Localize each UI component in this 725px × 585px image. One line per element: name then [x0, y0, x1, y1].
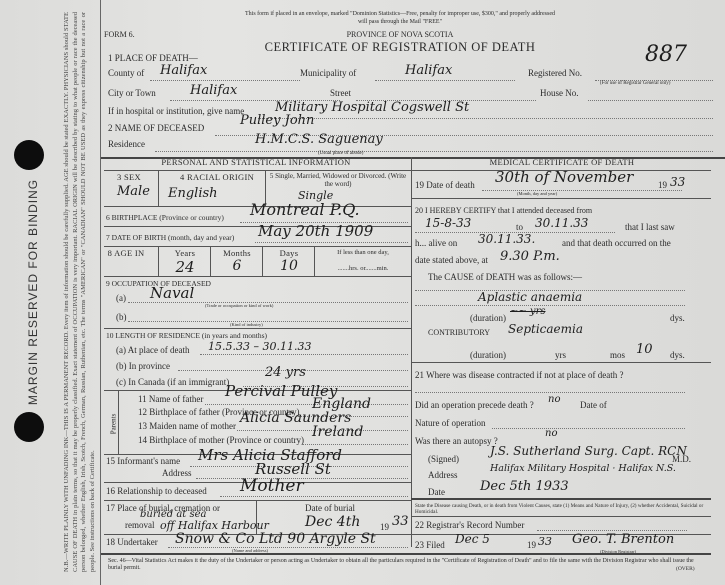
sex-field[interactable]: Male — [117, 184, 150, 199]
contrib-duration-label: (duration) — [470, 350, 506, 360]
place-of-death-label: 1 PLACE OF DEATH— — [108, 53, 198, 63]
occ-a-note: (Trade or occupation or kind of work) — [205, 303, 273, 308]
contributory-field[interactable]: Septicaemia — [508, 322, 583, 336]
mother-birthplace-field[interactable]: Ireland — [312, 424, 363, 440]
physician-address-field[interactable]: Halifax Military Hospital · Halifax N.S. — [490, 463, 676, 474]
date-of-label: Date of — [580, 400, 607, 410]
over-label: (OVER) — [676, 566, 695, 572]
death-certificate: MARGIN RESERVED FOR BINDING N.B.—WRITE P… — [0, 0, 725, 585]
burial-date-label: Date of burial — [305, 503, 355, 513]
medical-section-title: MEDICAL CERTIFICATE OF DEATH — [412, 157, 712, 167]
date-signed-field[interactable]: Dec 5th 1933 — [480, 479, 569, 494]
yrs-label: yrs — [555, 350, 566, 360]
county-label: County of — [108, 68, 144, 78]
deceased-name-label: 2 NAME OF DECEASED — [108, 123, 204, 133]
instructions-note: N.B.—WRITE PLAINLY WITH UNFADING INK—THI… — [63, 12, 97, 572]
death-year-field[interactable]: 33 — [670, 175, 685, 189]
date-note: (Month, day and year) — [517, 191, 557, 196]
birthplace-label: 6 BIRTHPLACE (Province or country) — [106, 213, 224, 222]
cause-label: The CAUSE of DEATH was as follows:— — [428, 272, 582, 282]
to-label: to — [516, 222, 523, 232]
res-a-label: (a) At place of death — [116, 345, 189, 355]
attended-to-field[interactable]: 30.11.33 — [535, 216, 588, 230]
informant-label: 15 Informant's name — [106, 456, 180, 466]
duration-field[interactable]: ~~ yrs — [510, 306, 546, 317]
burial-year-prefix: 19 — [380, 522, 389, 532]
form-number: FORM 6. — [104, 30, 135, 39]
contrib-mos-field[interactable]: 10 — [636, 342, 653, 357]
cause-field[interactable]: Aplastic anaemia — [478, 290, 582, 304]
father-name-label: 11 Name of father — [138, 394, 203, 404]
years-label: Years — [160, 248, 210, 258]
record-no-label: 22 Registrar's Record Number — [415, 520, 524, 530]
age-years-field[interactable]: 24 — [160, 258, 210, 276]
autopsy-field[interactable]: no — [545, 428, 557, 439]
county-field[interactable]: Halifax — [160, 63, 207, 78]
relationship-field[interactable]: Mother — [240, 476, 304, 496]
days-label: Days — [264, 248, 314, 258]
province: PROVINCE OF NOVA SCOTIA — [250, 30, 550, 39]
hrs-min-label: .......hrs. or.......min. — [316, 265, 410, 272]
less-than-day-label: If less than one day, — [316, 249, 410, 256]
contrib-dys-label: dys. — [670, 350, 685, 360]
certify-label: 20 I HEREBY CERTIFY that I attended dece… — [415, 206, 592, 215]
res-b-label: (b) In province — [116, 361, 170, 371]
dob-label: 7 DATE OF BIRTH (month, day and year) — [106, 233, 234, 242]
age-days-field[interactable]: 10 — [264, 258, 314, 274]
date-of-death-field[interactable]: 30th of November — [495, 168, 633, 186]
signed-label: (Signed) — [428, 454, 459, 464]
filed-year-field[interactable]: 33 — [538, 535, 552, 548]
occ-b-note: (Kind of industry) — [230, 322, 263, 327]
residence-field[interactable]: H.M.C.S. Saguenay — [255, 132, 383, 147]
racial-origin-field[interactable]: English — [168, 186, 218, 201]
racial-origin-label: 4 RACIAL ORIGIN — [180, 172, 254, 182]
birthplace-field[interactable]: Montreal P.Q. — [250, 200, 360, 219]
violent-causes-note: State the Disease causing Death, or in d… — [415, 503, 711, 515]
binding-margin: MARGIN RESERVED FOR BINDING N.B.—WRITE P… — [0, 0, 103, 585]
occ-a-label: (a) — [116, 293, 126, 303]
residence-label: Residence — [108, 139, 145, 149]
occurred-label: and that death occurred on the — [562, 238, 671, 248]
registrar-signature-field[interactable]: Geo. T. Brenton — [572, 532, 674, 547]
autopsy-label: Was there an autopsy ? — [415, 436, 498, 446]
filed-year-prefix: 19 — [527, 540, 536, 550]
footer-note: Sec. 46—Vital Statistics Act makes it th… — [108, 558, 700, 572]
res-c-field[interactable]: 24 yrs — [265, 365, 306, 380]
operation-field[interactable]: no — [548, 394, 560, 405]
mother-maiden-label: 13 Maiden name of mother — [138, 421, 236, 431]
residence-note: (Usual place of abode) — [318, 151, 363, 156]
res-c-label: (c) In Canada (if an immigrant) — [116, 377, 229, 387]
deceased-name-field[interactable]: Pulley John — [240, 113, 314, 128]
age-label: 8 AGE IN — [106, 248, 146, 258]
burial-year-field[interactable]: 33 — [392, 514, 409, 529]
burial-removal-label: removal — [125, 520, 155, 530]
alive-label: h... alive on — [415, 238, 457, 248]
operation-label: Did an operation precede death ? — [415, 400, 534, 410]
disease-contracted-label: 21 Where was disease contracted if not a… — [415, 370, 624, 380]
mother-birthplace-label: 14 Birthplace of mother (Province or cou… — [138, 435, 304, 445]
personal-section-title: PERSONAL AND STATISTICAL INFORMATION — [106, 157, 406, 167]
res-a-field[interactable]: 15.5.33 – 30.11.33 — [208, 340, 311, 353]
undertaker-label: 18 Undertaker — [106, 537, 158, 547]
death-year-prefix: 19 — [658, 180, 667, 190]
house-no-label: House No. — [540, 88, 579, 98]
contributory-label: CONTRIBUTORY — [428, 328, 490, 337]
occ-b-label: (b) — [116, 312, 127, 322]
dys-label: dys. — [670, 313, 685, 323]
municipality-field[interactable]: Halifax — [405, 63, 452, 78]
stated-label: date stated above, at — [415, 255, 488, 265]
months-label: Months — [212, 248, 262, 258]
date-of-death-label: 19 Date of death — [415, 180, 475, 190]
time-of-death-field[interactable]: 9.30 P.m. — [500, 249, 560, 264]
city-field[interactable]: Halifax — [190, 83, 237, 98]
attended-from-field[interactable]: 15-8-33 — [425, 216, 471, 230]
relationship-label: 16 Relationship to deceased — [106, 486, 207, 496]
city-label: City or Town — [108, 88, 156, 98]
parents-label: Parents — [109, 414, 117, 435]
last-saw-label: that I last saw — [625, 222, 675, 232]
frame-border — [100, 0, 101, 585]
binding-label: MARGIN RESERVED FOR BINDING — [26, 179, 40, 405]
residence-length-label: 10 LENGTH OF RESIDENCE (in years and mon… — [106, 331, 267, 340]
registered-no-field[interactable]: 887 — [645, 42, 687, 67]
informant-address-label: Address — [162, 468, 192, 478]
age-months-field[interactable]: 6 — [212, 258, 262, 274]
municipality-label: Municipality of — [300, 68, 356, 78]
dob-field[interactable]: May 20th 1909 — [258, 222, 373, 240]
registered-no-note: (For use of Registrar General only) — [600, 81, 670, 86]
registered-no-label: Registered No. — [528, 68, 582, 78]
hospital-label: If in hospital or institution, give name — [108, 106, 244, 116]
filed-label: 23 Filed — [415, 540, 445, 550]
burial-date-field[interactable]: Dec 4th — [305, 514, 360, 530]
duration-label: (duration) — [470, 313, 506, 323]
marital-label: 5 Single, Married, Widowed or Divorced. … — [268, 172, 408, 188]
nature-label: Nature of operation — [415, 418, 485, 428]
street-label: Street — [330, 88, 351, 98]
sex-label: 3 SEX — [117, 172, 141, 182]
page-title: CERTIFICATE OF REGISTRATION OF DEATH — [200, 40, 600, 55]
mail-notice: This form if placed in an envelope, mark… — [150, 10, 650, 26]
undertaker-field[interactable]: Snow & Co Ltd 90 Argyle St — [175, 531, 376, 547]
signature-field[interactable]: J.S. Sutherland Surg. Capt. RCN — [490, 444, 687, 458]
mos-label: mos — [610, 350, 625, 360]
filed-date-field[interactable]: Dec 5 — [455, 532, 490, 546]
last-alive-field[interactable]: 30.11.33. — [478, 232, 535, 246]
occupation-field[interactable]: Naval — [150, 284, 194, 302]
date-label: Date — [428, 487, 445, 497]
address-label: Address — [428, 470, 458, 480]
